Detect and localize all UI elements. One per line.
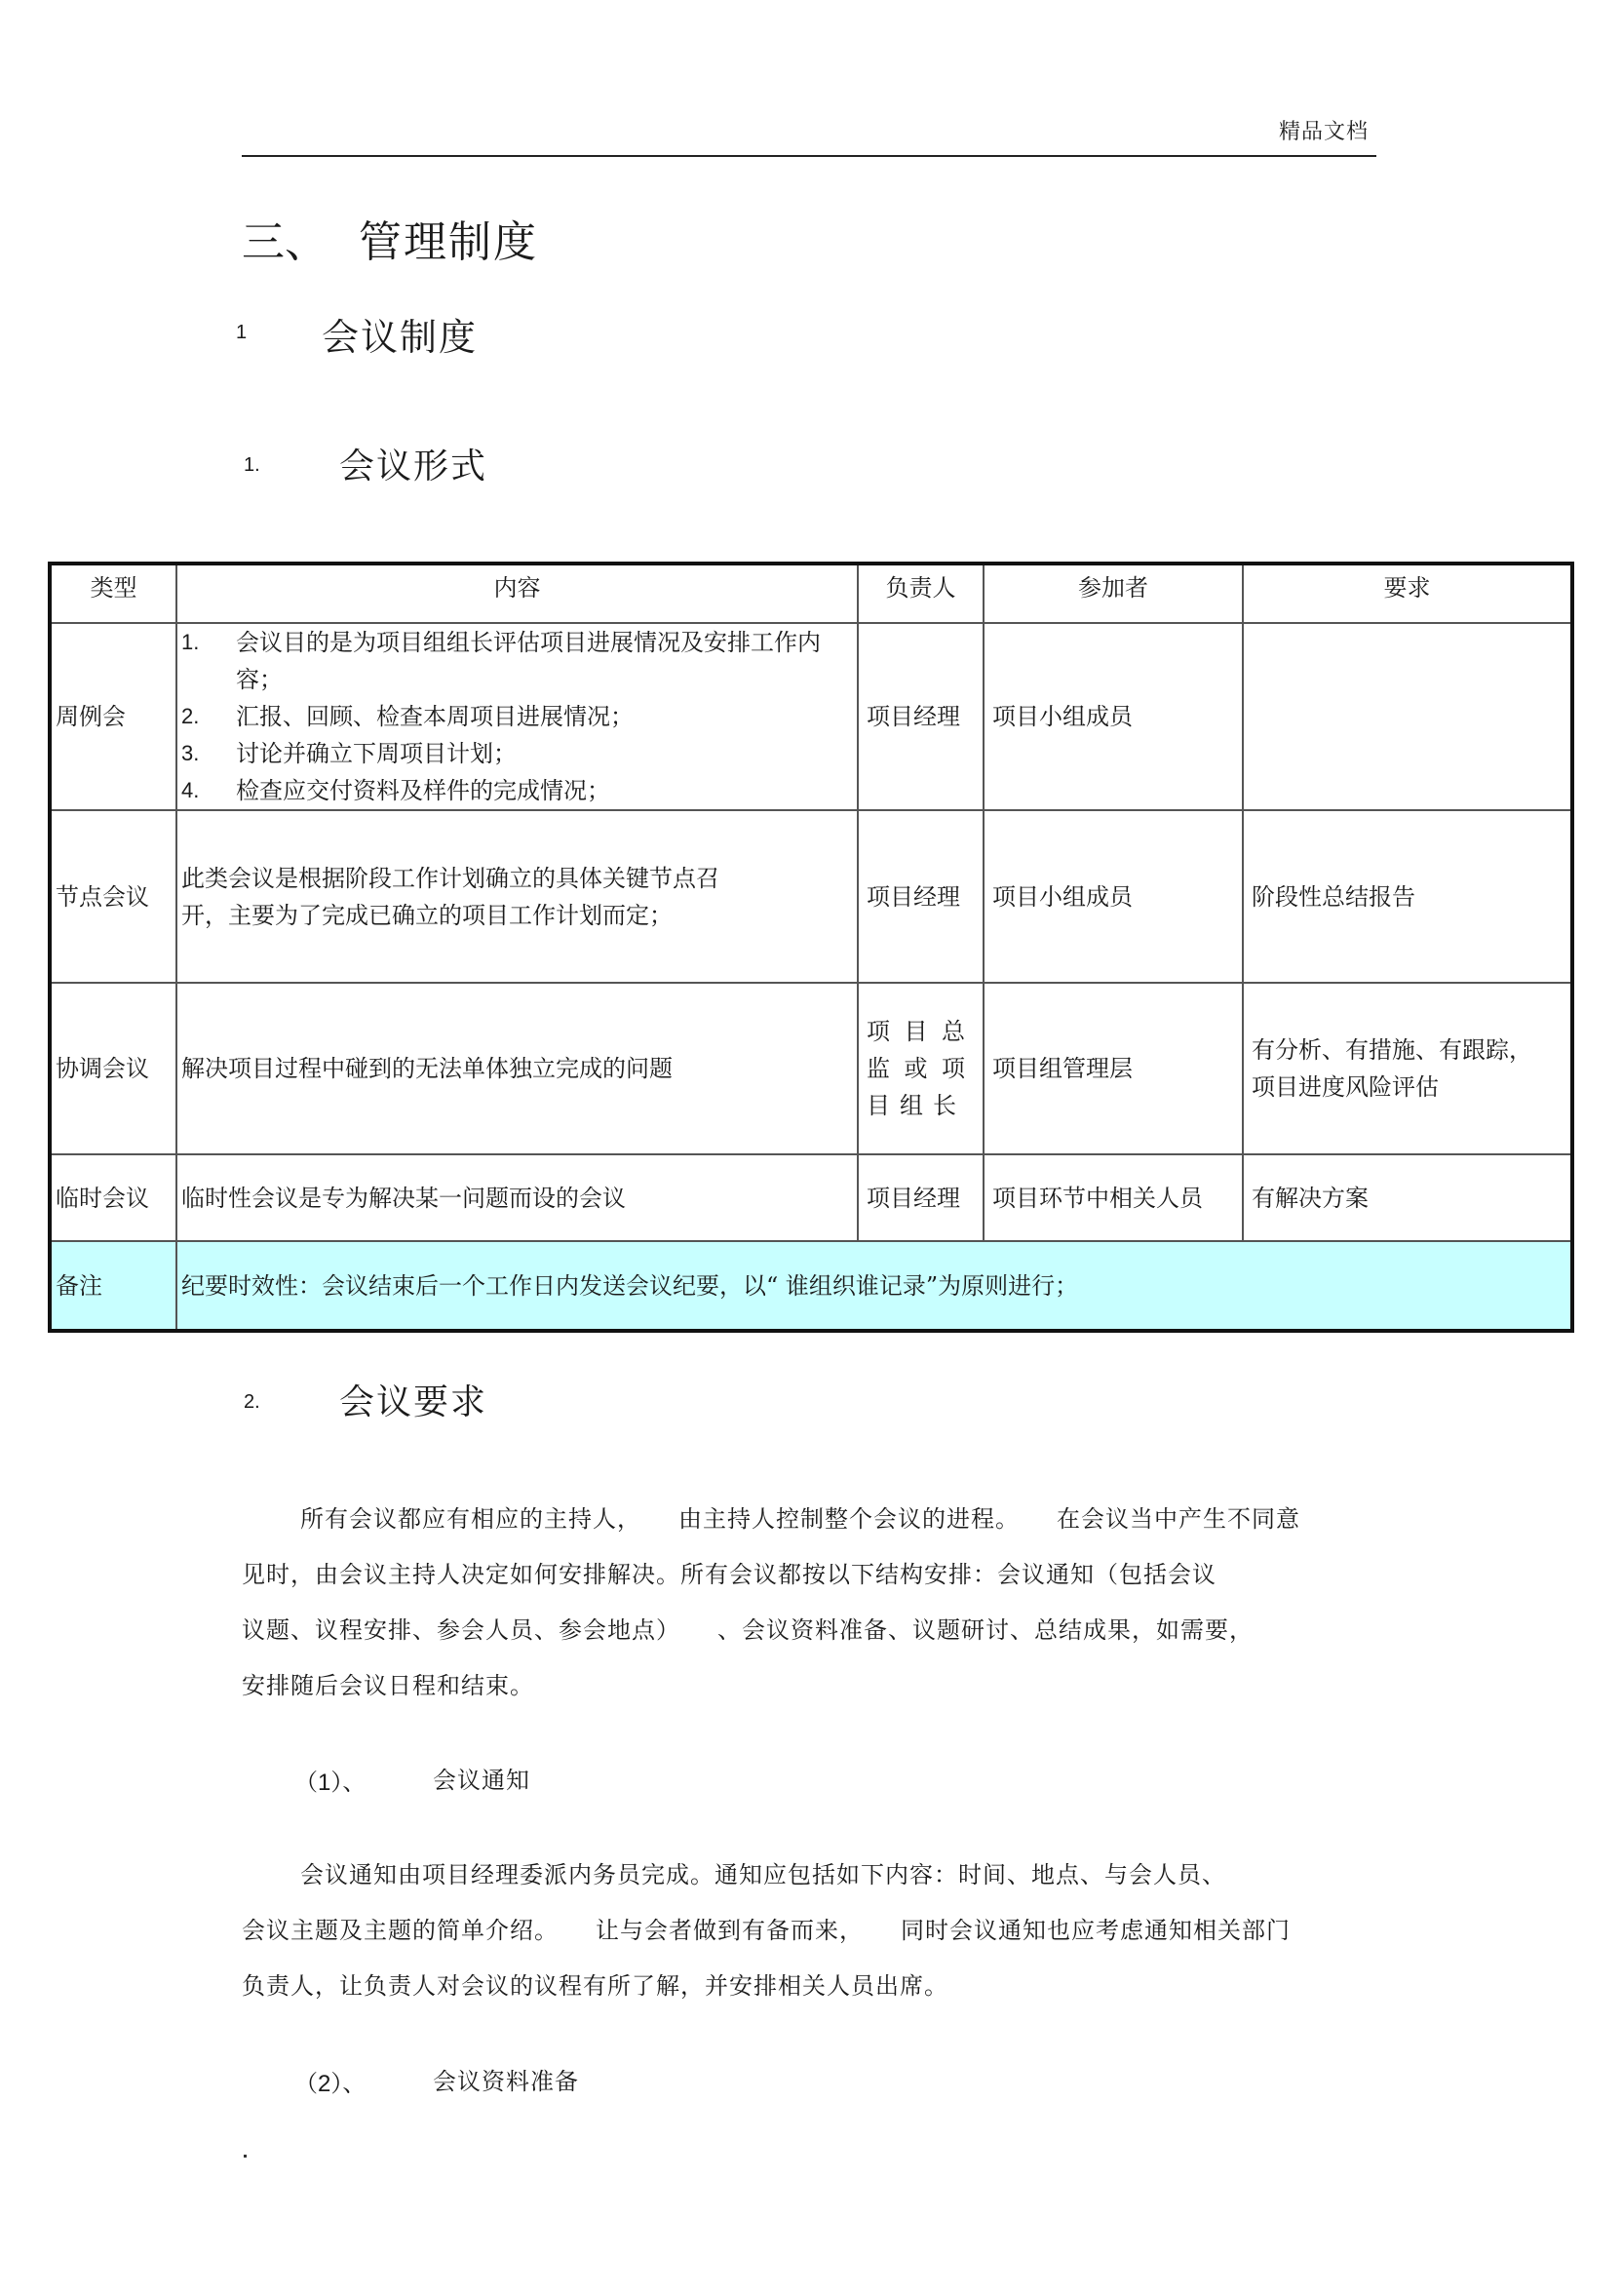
table-note-row: 备注 纪要时效性：会议结束后一个工作日内发送会议纪要，以“ 谁组织谁记录”为原则…: [50, 1241, 1572, 1331]
list-text: 会议目的是为项目组组长评估项目进展情况及安排工作内容；: [236, 624, 849, 698]
part2-title: 会议要求: [339, 1375, 487, 1424]
cell-content: 1. 会议目的是为项目组组长评估项目进展情况及安排工作内容； 2. 汇报、回顾、…: [176, 623, 858, 810]
section-number: 三、: [242, 207, 328, 269]
cell-requirement: 阶段性总结报告: [1243, 810, 1572, 983]
page-header-label: 精品文档: [1279, 115, 1369, 145]
note-text: 纪要时效性：会议结束后一个工作日内发送会议纪要，以“ 谁组织谁记录”为原则进行；: [176, 1241, 1572, 1331]
header-owner: 负责人: [858, 564, 984, 623]
table-row: 协调会议 解决项目过程中碰到的无法单体独立完成的问题 项目总监或项目组长 项目组…: [50, 983, 1572, 1154]
requirements-paragraph: 所有会议都应有相应的主持人， 由主持人控制整个会议的进程。 在会议当中产生不同意…: [242, 1492, 1353, 1714]
cell-participants: 项目小组成员: [984, 810, 1243, 983]
content-list-item: 4. 检查应交付资料及样件的完成情况；: [181, 772, 849, 809]
cell-type: 周例会: [50, 623, 176, 810]
list-number: 4.: [181, 772, 236, 809]
cell-participants: 项目环节中相关人员: [984, 1154, 1243, 1241]
list-number: 1.: [181, 624, 236, 698]
item1-title: 会议通知: [433, 1761, 530, 1795]
content-list-item: 1. 会议目的是为项目组组长评估项目进展情况及安排工作内容；: [181, 624, 849, 698]
cell-type: 节点会议: [50, 810, 176, 983]
list-number: 2.: [181, 698, 236, 735]
item1-number: （1）、: [294, 1763, 366, 1797]
cell-content: 解决项目过程中碰到的无法单体独立完成的问题: [176, 983, 858, 1154]
cell-content: 临时性会议是专为解决某一问题而设的会议: [176, 1154, 858, 1241]
table-row: 临时会议 临时性会议是专为解决某一问题而设的会议 项目经理 项目环节中相关人员 …: [50, 1154, 1572, 1241]
cell-requirement: 有解决方案: [1243, 1154, 1572, 1241]
item2-title: 会议资料准备: [433, 2062, 579, 2096]
cell-owner: 项目经理: [858, 1154, 984, 1241]
cell-content: 此类会议是根据阶段工作计划确立的具体关键节点召开，主要为了完成已确立的项目工作计…: [176, 810, 858, 983]
cell-requirement: [1243, 623, 1572, 810]
paragraph-line: 负责人，让负责人对会议的议程有所了解，并安排相关人员出席。: [242, 1959, 1353, 2014]
table-header-row: 类型 内容 负责人 参加者 要求: [50, 564, 1572, 623]
note-label: 备注: [50, 1241, 176, 1331]
cell-requirement: 有分析、有措施、有跟踪，项目进度风险评估: [1243, 983, 1572, 1154]
header-divider: [242, 155, 1376, 157]
part1-number: 1.: [244, 454, 260, 477]
cell-owner: 项目经理: [858, 623, 984, 810]
part1-title: 会议形式: [339, 439, 487, 488]
cell-participants: 项目组管理层: [984, 983, 1243, 1154]
paragraph-line: 见时，由会议主持人决定如何安排解决。所有会议都按以下结构安排：会议通知（包括会议: [242, 1547, 1353, 1603]
table-row: 周例会 1. 会议目的是为项目组组长评估项目进展情况及安排工作内容； 2. 汇报…: [50, 623, 1572, 810]
item2-number: （2）、: [294, 2064, 366, 2098]
paragraph-line: 议题、议程安排、参会人员、参会地点） 、会议资料准备、议题研讨、总结成果，如需要…: [242, 1603, 1353, 1658]
paragraph-line: 会议通知由项目经理委派内务员完成。通知应包括如下内容：时间、地点、与会人员、: [242, 1848, 1353, 1903]
header-participants: 参加者: [984, 564, 1243, 623]
paragraph-line: 所有会议都应有相应的主持人， 由主持人控制整个会议的进程。 在会议当中产生不同意: [242, 1492, 1353, 1547]
list-number: 3.: [181, 735, 236, 772]
cell-type: 临时会议: [50, 1154, 176, 1241]
cell-owner: 项目经理: [858, 810, 984, 983]
part2-number: 2.: [244, 1391, 260, 1414]
list-text: 汇报、回顾、检查本周项目进展情况；: [236, 698, 634, 735]
cell-type: 协调会议: [50, 983, 176, 1154]
page-footer-dot: [244, 2155, 247, 2158]
meeting-types-table: 类型 内容 负责人 参加者 要求 周例会 1. 会议目的是为项目组组长评估项目进…: [48, 562, 1574, 1333]
cell-participants: 项目小组成员: [984, 623, 1243, 810]
section-title: 管理制度: [359, 207, 538, 269]
content-list-item: 2. 汇报、回顾、检查本周项目进展情况；: [181, 698, 849, 735]
notice-paragraph: 会议通知由项目经理委派内务员完成。通知应包括如下内容：时间、地点、与会人员、 会…: [242, 1848, 1353, 2014]
header-content: 内容: [176, 564, 858, 623]
subsection-title: 会议制度: [322, 307, 478, 361]
content-list-item: 3. 讨论并确立下周项目计划；: [181, 735, 849, 772]
subsection-number: 1: [236, 322, 247, 344]
cell-owner: 项目总监或项目组长: [858, 983, 984, 1154]
list-text: 检查应交付资料及样件的完成情况；: [236, 772, 610, 809]
header-requirement: 要求: [1243, 564, 1572, 623]
table-row: 节点会议 此类会议是根据阶段工作计划确立的具体关键节点召开，主要为了完成已确立的…: [50, 810, 1572, 983]
list-text: 讨论并确立下周项目计划；: [236, 735, 517, 772]
paragraph-line: 安排随后会议日程和结束。: [242, 1658, 1353, 1714]
header-type: 类型: [50, 564, 176, 623]
paragraph-line: 会议主题及主题的简单介绍。 让与会者做到有备而来， 同时会议通知也应考虑通知相关…: [242, 1903, 1353, 1959]
